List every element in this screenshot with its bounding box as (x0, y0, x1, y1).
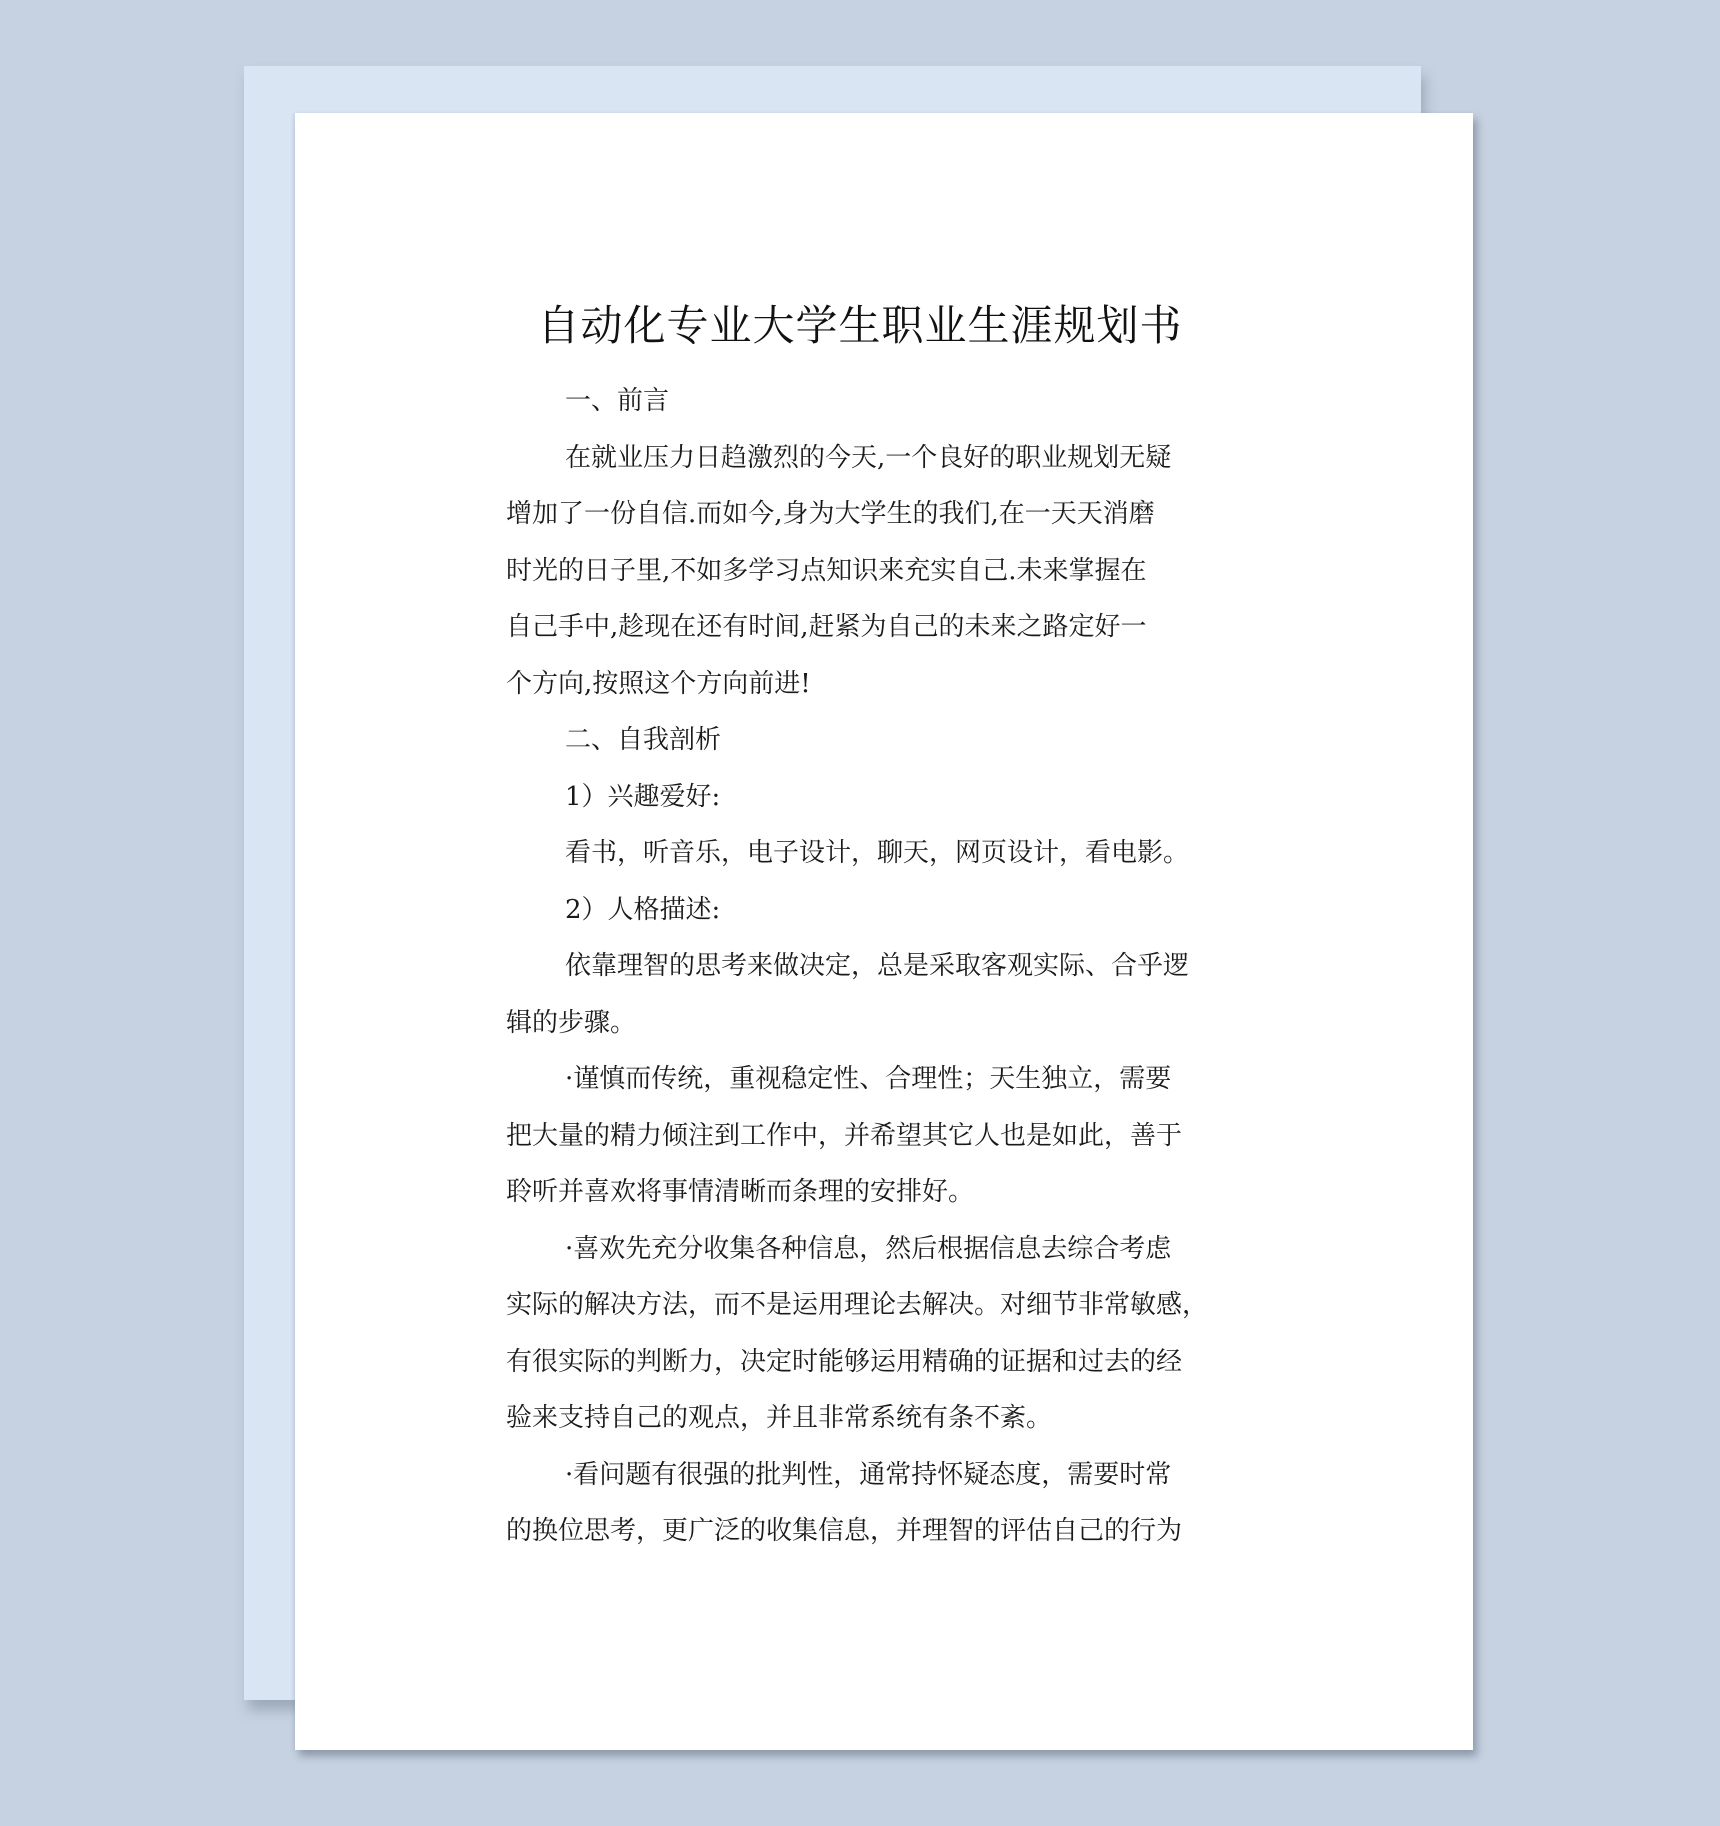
paragraph-line: 时光的日子里,不如多学习点知识来充实自己.未来掌握在 (506, 543, 1266, 600)
paragraph-line: 把大量的精力倾注到工作中，并希望其它人也是如此，善于 (506, 1108, 1266, 1165)
bullet-line: ·谨慎而传统，重视稳定性、合理性；天生独立，需要 (506, 1051, 1266, 1108)
subheading-personality: 2）人格描述: (506, 882, 1266, 939)
document-body: 一、前言 在就业压力日趋激烈的今天,一个良好的职业规划无疑 增加了一份自信.而如… (506, 373, 1266, 1560)
paragraph-line: 增加了一份自信.而如今,身为大学生的我们,在一天天消磨 (506, 486, 1266, 543)
bullet-line: ·看问题有很强的批判性，通常持怀疑态度，需要时常 (506, 1447, 1266, 1504)
bullet-line: ·喜欢先充分收集各种信息，然后根据信息去综合考虑 (506, 1221, 1266, 1278)
paragraph-line: 实际的解决方法，而不是运用理论去解决。对细节非常敏感， (506, 1277, 1266, 1334)
paragraph-line: 验来支持自己的观点，并且非常系统有条不紊。 (506, 1390, 1266, 1447)
paragraph-line: 在就业压力日趋激烈的今天,一个良好的职业规划无疑 (506, 430, 1266, 487)
subheading-interests: 1）兴趣爱好: (506, 769, 1266, 826)
paragraph-line: 看书，听音乐，电子设计，聊天，网页设计，看电影。 (506, 825, 1266, 882)
section-heading-self-analysis: 二、自我剖析 (506, 712, 1266, 769)
paragraph-line: 辑的步骤。 (506, 995, 1266, 1052)
paragraph-line: 的换位思考，更广泛的收集信息，并理智的评估自己的行为 (506, 1503, 1266, 1560)
paragraph-line: 依靠理智的思考来做决定，总是采取客观实际、合乎逻 (506, 938, 1266, 995)
paragraph-line: 个方向,按照这个方向前进! (506, 656, 1266, 713)
section-heading-preface: 一、前言 (506, 373, 1266, 430)
paragraph-line: 聆听并喜欢将事情清晰而条理的安排好。 (506, 1164, 1266, 1221)
paragraph-line: 有很实际的判断力，决定时能够运用精确的证据和过去的经 (506, 1334, 1266, 1391)
paragraph-line: 自己手中,趁现在还有时间,赶紧为自己的未来之路定好一 (506, 599, 1266, 656)
document-title: 自动化专业大学生职业生涯规划书 (0, 296, 1720, 356)
